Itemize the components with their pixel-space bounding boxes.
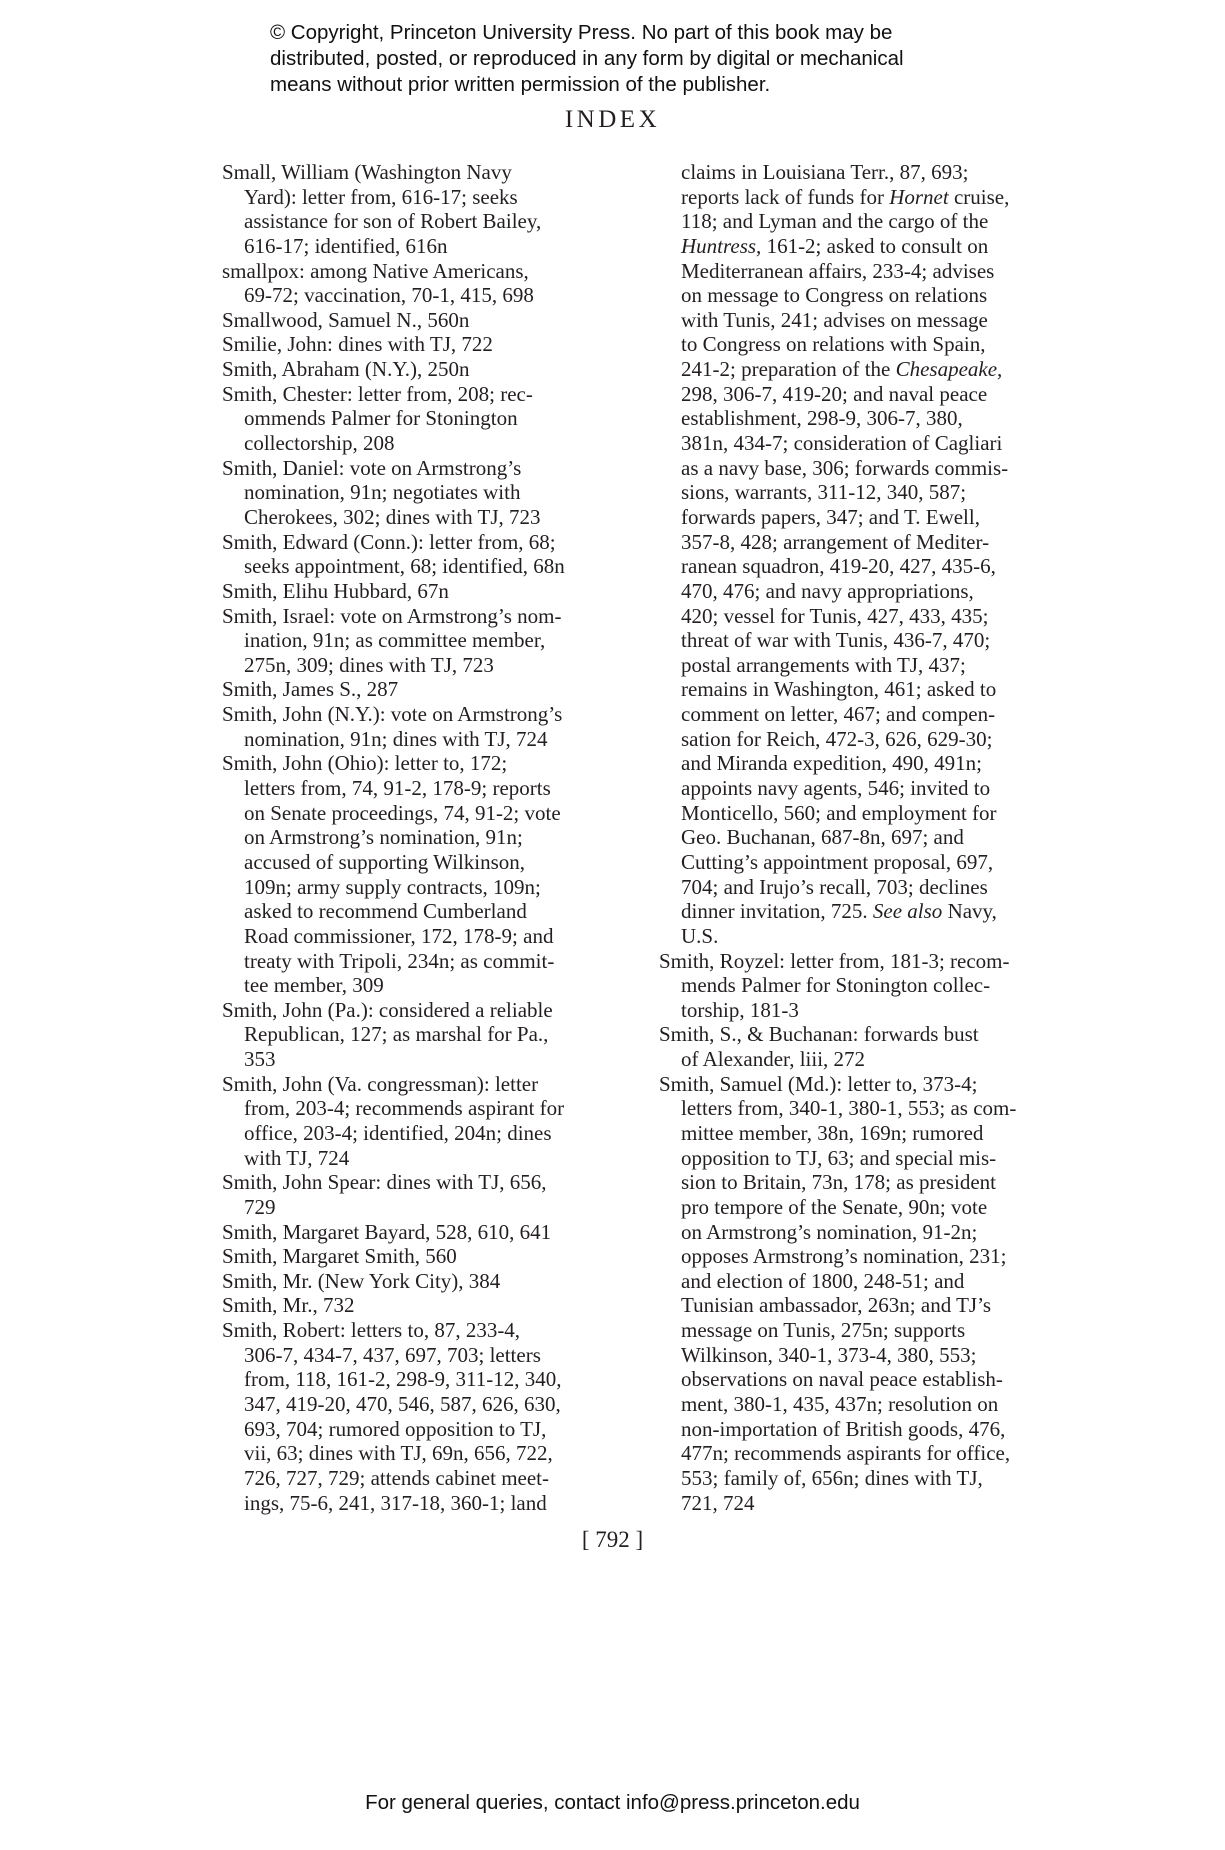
index-entry-continuation-line: 275n, 309; dines with TJ, 723 [222, 653, 642, 678]
index-entry-continuation-line: sion to Britain, 73n, 178; as president [659, 1170, 1079, 1195]
index-entry-continuation-line: 721, 724 [659, 1491, 1079, 1516]
index-entry-heading-line: Smith, John (N.Y.): vote on Armstrong’s [222, 702, 642, 727]
index-entry: Smith, Royzel: letter from, 181-3; recom… [659, 949, 1079, 1023]
index-entry-continuation-line: nomination, 91n; dines with TJ, 724 [222, 727, 642, 752]
index-entry-continuation-line: letters from, 74, 91-2, 178-9; reports [222, 776, 642, 801]
page-title: INDEX [0, 105, 1225, 135]
index-entry-continuation-line: Mediterranean affairs, 233-4; advises [659, 259, 1079, 284]
index-entry-continuation-line: 353 [222, 1047, 642, 1072]
copyright-line: distributed, posted, or reproduced in an… [270, 46, 970, 72]
copyright-notice: © Copyright, Princeton University Press.… [270, 20, 970, 98]
index-entry-continuation-line: on Armstrong’s nomination, 91-2n; [659, 1220, 1079, 1245]
index-entry-continuation-line: Tunisian ambassador, 263n; and TJ’s [659, 1293, 1079, 1318]
index-entry: Smith, Abraham (N.Y.), 250n [222, 357, 642, 382]
index-entry-continuation-line: mends Palmer for Stonington collec- [659, 973, 1079, 998]
index-entry-continuation-line: opposition to TJ, 63; and special mis- [659, 1146, 1079, 1171]
index-entry-continuation-line: from, 118, 161-2, 298-9, 311-12, 340, [222, 1367, 642, 1392]
index-entry-continuation-line: 306-7, 434-7, 437, 697, 703; letters [222, 1343, 642, 1368]
index-entry-heading-line: Smith, Royzel: letter from, 181-3; recom… [659, 949, 1079, 974]
index-entry-heading-line: Smith, John (Va. congressman): letter [222, 1072, 642, 1097]
index-entry-continuation-line: ings, 75-6, 241, 317-18, 360-1; land [222, 1491, 642, 1516]
page-number: [ 792 ] [0, 1525, 1225, 1555]
index-entry-heading-line: Smith, Chester: letter from, 208; rec- [222, 382, 642, 407]
index-entry-continuation-line: 726, 727, 729; attends cabinet meet- [222, 1466, 642, 1491]
index-entry-continuation-line: establishment, 298-9, 306-7, 380, [659, 406, 1079, 431]
index-column-right: claims in Louisiana Terr., 87, 693;repor… [659, 160, 1079, 1515]
index-entry-continuation-line: Geo. Buchanan, 687-8n, 697; and [659, 825, 1079, 850]
index-entry: Smith, John (Va. congressman): letterfro… [222, 1072, 642, 1171]
copyright-line: means without prior written permission o… [270, 72, 970, 98]
index-entry-continuation-line: comment on letter, 467; and compen- [659, 702, 1079, 727]
index-entry-continuation-line: 69-72; vaccination, 70-1, 415, 698 [222, 283, 642, 308]
index-entry-continuation-line: asked to recommend Cumberland [222, 899, 642, 924]
index-entry-continuation-line: 616-17; identified, 616n [222, 234, 642, 259]
index-entry-continuation-line: on Senate proceedings, 74, 91-2; vote [222, 801, 642, 826]
index-entry-continuation-line: reports lack of funds for Hornet cruise, [659, 185, 1079, 210]
index-entry-continuation-line: forwards papers, 347; and T. Ewell, [659, 505, 1079, 530]
index-entry: Smith, John Spear: dines with TJ, 656,72… [222, 1170, 642, 1219]
index-entry-heading-line: Smith, Mr., 732 [222, 1293, 642, 1318]
index-entry-continuation-line: Cherokees, 302; dines with TJ, 723 [222, 505, 642, 530]
index-entry-continuation-line: sions, warrants, 311-12, 340, 587; [659, 480, 1079, 505]
index-entry-continuation-line: accused of supporting Wilkinson, [222, 850, 642, 875]
index-entry-heading-line: Smith, John Spear: dines with TJ, 656, [222, 1170, 642, 1195]
index-entry-continuation-line: Huntress, 161-2; asked to consult on [659, 234, 1079, 259]
index-entry-heading-line: Smith, Margaret Bayard, 528, 610, 641 [222, 1220, 642, 1245]
index-entry-continuation-line: on message to Congress on relations [659, 283, 1079, 308]
index-entry: Smith, James S., 287 [222, 677, 642, 702]
italic-title: Hornet [889, 185, 949, 209]
index-entry-heading-line: Smith, Samuel (Md.): letter to, 373-4; [659, 1072, 1079, 1097]
index-entry-continuation-line: ranean squadron, 419-20, 427, 435-6, [659, 554, 1079, 579]
index-entry-continuation-line: ment, 380-1, 435, 437n; resolution on [659, 1392, 1079, 1417]
index-entry-continuation-line: U.S. [659, 924, 1079, 949]
index-entry: Smith, Israel: vote on Armstrong’s nom-i… [222, 604, 642, 678]
copyright-line: © Copyright, Princeton University Press.… [270, 20, 970, 46]
index-entry-continuation-line: postal arrangements with TJ, 437; [659, 653, 1079, 678]
index-entry-continuation-line: to Congress on relations with Spain, [659, 332, 1079, 357]
index-entry-heading-line: Smith, Elihu Hubbard, 67n [222, 579, 642, 604]
index-entry: Smith, John (Ohio): letter to, 172;lette… [222, 751, 642, 997]
index-entry-continuation-line: ommends Palmer for Stonington [222, 406, 642, 431]
index-entry-continuation-line: with TJ, 724 [222, 1146, 642, 1171]
index-entry-continuation-line: of Alexander, liii, 272 [659, 1047, 1079, 1072]
footer-contact: For general queries, contact info@press.… [0, 1790, 1225, 1816]
index-entry-continuation-line: mittee member, 38n, 169n; rumored [659, 1121, 1079, 1146]
italic-title: Huntress, [681, 234, 761, 258]
index-entry: claims in Louisiana Terr., 87, 693;repor… [659, 160, 1079, 949]
italic-title: Chesapeake, [896, 357, 1003, 381]
index-entry: Small, William (Washington NavyYard): le… [222, 160, 642, 259]
index-entry-continuation-line: as a navy base, 306; forwards commis- [659, 456, 1079, 481]
index-entry-continuation-line: assistance for son of Robert Bailey, [222, 209, 642, 234]
index-entry: Smith, John (Pa.): considered a reliable… [222, 998, 642, 1072]
index-entry-continuation-line: torship, 181-3 [659, 998, 1079, 1023]
index-entry-continuation-line: 729 [222, 1195, 642, 1220]
index-entry-continuation-line: office, 203-4; identified, 204n; dines [222, 1121, 642, 1146]
index-entry-continuation-line: nomination, 91n; negotiates with [222, 480, 642, 505]
index-entry-heading-line: Smith, Abraham (N.Y.), 250n [222, 357, 642, 382]
index-entry-continuation-line: 357-8, 428; arrangement of Mediter- [659, 530, 1079, 555]
index-entry-continuation-line: sation for Reich, 472-3, 626, 629-30; [659, 727, 1079, 752]
index-entry-heading-line: Smith, John (Pa.): considered a reliable [222, 998, 642, 1023]
index-entry-continuation-line: non-importation of British goods, 476, [659, 1417, 1079, 1442]
index-entry: Smith, Mr., 732 [222, 1293, 642, 1318]
index-entry-continuation-line: 553; family of, 656n; dines with TJ, [659, 1466, 1079, 1491]
index-entry-continuation-line: and election of 1800, 248-51; and [659, 1269, 1079, 1294]
index-column-left: Small, William (Washington NavyYard): le… [222, 160, 642, 1515]
index-entry-continuation-line: 298, 306-7, 419-20; and naval peace [659, 382, 1079, 407]
index-entry: smallpox: among Native Americans,69-72; … [222, 259, 642, 308]
index-entry-heading-line: smallpox: among Native Americans, [222, 259, 642, 284]
index-entry-continuation-line: opposes Armstrong’s nomination, 231; [659, 1244, 1079, 1269]
index-entry-heading-line: Smith, John (Ohio): letter to, 172; [222, 751, 642, 776]
index-entry-continuation-line: 693, 704; rumored opposition to TJ, [222, 1417, 642, 1442]
index-entry-continuation-line: 118; and Lyman and the cargo of the [659, 209, 1079, 234]
index-entry-continuation-line: and Miranda expedition, 490, 491n; [659, 751, 1079, 776]
index-entry-continuation-line: observations on naval peace establish- [659, 1367, 1079, 1392]
index-entry-continuation-line: Yard): letter from, 616-17; seeks [222, 185, 642, 210]
index-entry-continuation-line: 704; and Irujo’s recall, 703; declines [659, 875, 1079, 900]
index-entry: Smith, Edward (Conn.): letter from, 68;s… [222, 530, 642, 579]
index-entry: Smith, Mr. (New York City), 384 [222, 1269, 642, 1294]
index-entry-continuation-line: collectorship, 208 [222, 431, 642, 456]
index-entry-continuation-line: 347, 419-20, 470, 546, 587, 626, 630, [222, 1392, 642, 1417]
index-entry-continuation-line: from, 203-4; recommends aspirant for [222, 1096, 642, 1121]
index-entry-heading-line: Smallwood, Samuel N., 560n [222, 308, 642, 333]
index-entry-heading-line: Smith, Mr. (New York City), 384 [222, 1269, 642, 1294]
index-entry-continuation-line: 470, 476; and navy appropriations, [659, 579, 1079, 604]
index-entry: Smilie, John: dines with TJ, 722 [222, 332, 642, 357]
index-entry-continuation-line: treaty with Tripoli, 234n; as commit- [222, 949, 642, 974]
index-entry: Smith, Samuel (Md.): letter to, 373-4;le… [659, 1072, 1079, 1516]
index-entry-continuation-line: Wilkinson, 340-1, 373-4, 380, 553; [659, 1343, 1079, 1368]
index-entry-continuation-line: 477n; recommends aspirants for office, [659, 1441, 1079, 1466]
italic-title: See also [873, 899, 942, 923]
index-entry: Smith, Elihu Hubbard, 67n [222, 579, 642, 604]
index-entry-heading-line: Smith, Daniel: vote on Armstrong’s [222, 456, 642, 481]
index-entry-continuation-line: threat of war with Tunis, 436-7, 470; [659, 628, 1079, 653]
index-entry-continuation-line: Cutting’s appointment proposal, 697, [659, 850, 1079, 875]
index-entry: Smith, Margaret Smith, 560 [222, 1244, 642, 1269]
index-entry-continuation-line: with Tunis, 241; advises on message [659, 308, 1079, 333]
index-entry-continuation-line: Monticello, 560; and employment for [659, 801, 1079, 826]
index-entry: Smith, S., & Buchanan: forwards bustof A… [659, 1022, 1079, 1071]
index-entry-continuation-line: appoints navy agents, 546; invited to [659, 776, 1079, 801]
index-entry-continuation-line: vii, 63; dines with TJ, 69n, 656, 722, [222, 1441, 642, 1466]
index-entry-continuation-line: seeks appointment, 68; identified, 68n [222, 554, 642, 579]
index-entry-continuation-line: remains in Washington, 461; asked to [659, 677, 1079, 702]
index-entry-heading-line: Smith, Robert: letters to, 87, 233-4, [222, 1318, 642, 1343]
index-entry-continuation-line: tee member, 309 [222, 973, 642, 998]
index-entry-heading-line: Smilie, John: dines with TJ, 722 [222, 332, 642, 357]
index-entry: Smith, Robert: letters to, 87, 233-4,306… [222, 1318, 642, 1515]
index-entry-heading-line: Smith, Edward (Conn.): letter from, 68; [222, 530, 642, 555]
index-entry-heading-line: Smith, Margaret Smith, 560 [222, 1244, 642, 1269]
index-entry-heading-line: Smith, S., & Buchanan: forwards bust [659, 1022, 1079, 1047]
index-entry-continuation-line: message on Tunis, 275n; supports [659, 1318, 1079, 1343]
index-entry-continuation-line: 109n; army supply contracts, 109n; [222, 875, 642, 900]
index-entry-continuation-line: letters from, 340-1, 380-1, 553; as com- [659, 1096, 1079, 1121]
index-entry: Smith, Margaret Bayard, 528, 610, 641 [222, 1220, 642, 1245]
index-entry-continuation-line: dinner invitation, 725. See also Navy, [659, 899, 1079, 924]
index-entry: Smith, John (N.Y.): vote on Armstrong’sn… [222, 702, 642, 751]
index-entry-heading-line: Smith, James S., 287 [222, 677, 642, 702]
index-entry: Smith, Chester: letter from, 208; rec-om… [222, 382, 642, 456]
index-entry-continuation-line: Republican, 127; as marshal for Pa., [222, 1022, 642, 1047]
index-entry-continuation-line: Road commissioner, 172, 178-9; and [222, 924, 642, 949]
index-entry-continuation-line: ination, 91n; as committee member, [222, 628, 642, 653]
index-entry-heading-line: Small, William (Washington Navy [222, 160, 642, 185]
index-entry: Smith, Daniel: vote on Armstrong’snomina… [222, 456, 642, 530]
index-entry-heading-line: Smith, Israel: vote on Armstrong’s nom- [222, 604, 642, 629]
index-entry-continuation-line: pro tempore of the Senate, 90n; vote [659, 1195, 1079, 1220]
index-entry-continuation-line: 420; vessel for Tunis, 427, 433, 435; [659, 604, 1079, 629]
index-entry: Smallwood, Samuel N., 560n [222, 308, 642, 333]
index-entry-continuation-line: 381n, 434-7; consideration of Cagliari [659, 431, 1079, 456]
index-entry-continuation-line: 241-2; preparation of the Chesapeake, [659, 357, 1079, 382]
index-entry-continuation-line: on Armstrong’s nomination, 91n; [222, 825, 642, 850]
index-entry-continuation-line: claims in Louisiana Terr., 87, 693; [659, 160, 1079, 185]
